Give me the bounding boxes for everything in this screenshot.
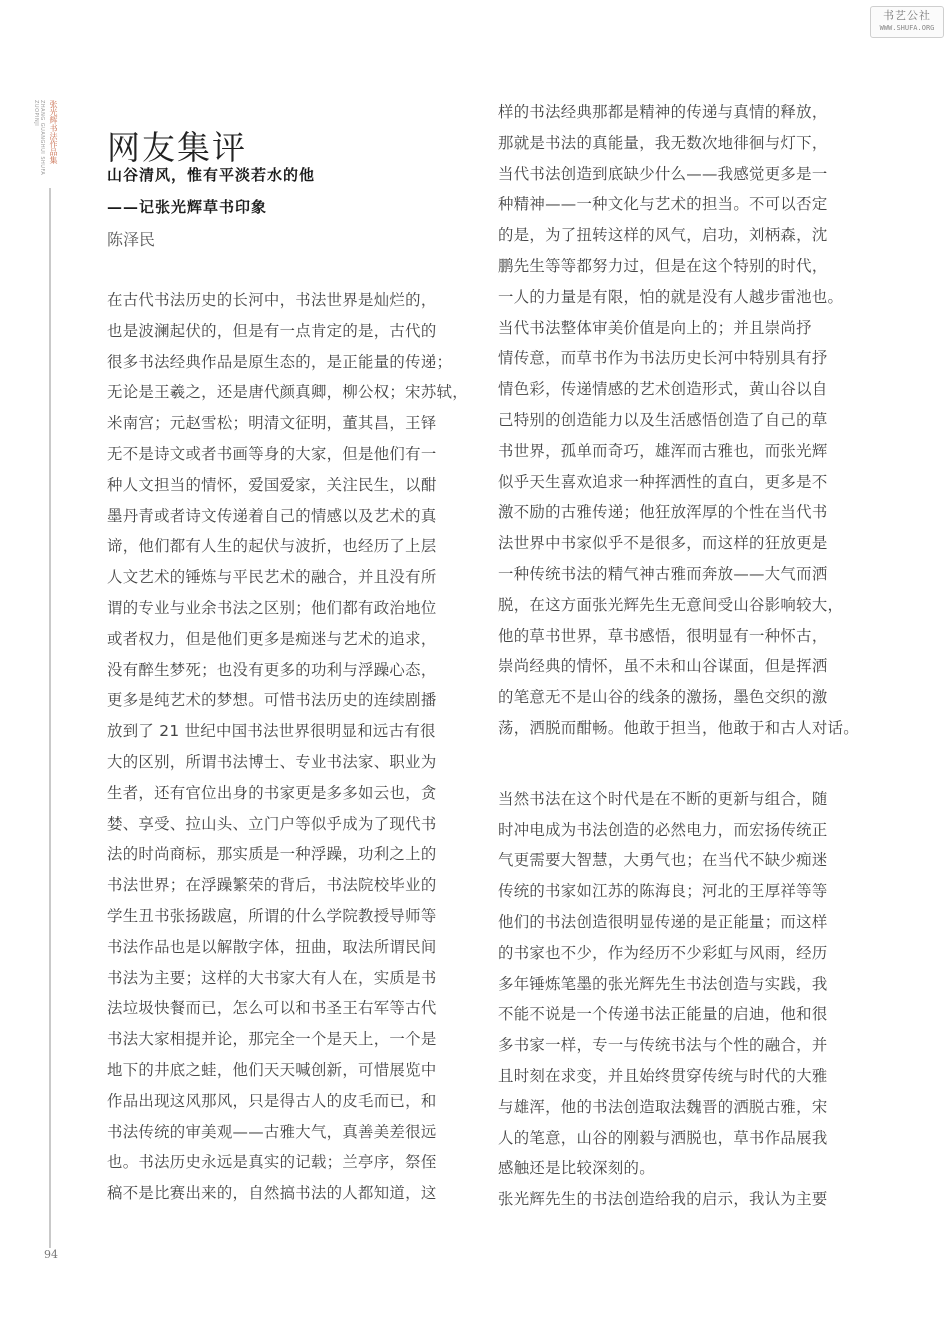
side-label-cn: 张光辉书法作品集 xyxy=(49,100,57,164)
text-line: 那就是书法的真能量，我无数次地徘徊与灯下， xyxy=(498,128,826,159)
text-line: 多书家一样，专一与传统书法与个性的融合，并 xyxy=(498,1030,826,1061)
text-line: 也是波澜起伏的，但是有一点肯定的是，古代的 xyxy=(107,316,435,347)
text-line: 一人的力量是有限，怕的就是没有人越步雷池也。 xyxy=(498,282,826,313)
text-line: 样的书法经典那都是精神的传递与真情的释放， xyxy=(498,97,826,128)
text-line: 更多是纯艺术的梦想。可惜书法历史的连续剧播 xyxy=(107,685,435,716)
text-line: 荡，洒脱而酣畅。他敢于担当，他敢于和古人对话。 xyxy=(498,713,826,744)
page-number: 94 xyxy=(44,1248,58,1261)
text-line: 书法传统的审美观——古雅大气，真善美差很远 xyxy=(107,1117,435,1148)
text-line: 己特别的创造能力以及生活感悟创造了自己的草 xyxy=(498,405,826,436)
text-line: 学生丑书张扬跋扈，所谓的什么学院教授导师等 xyxy=(107,901,435,932)
right-text-column: 样的书法经典那都是精神的传递与真情的释放，那就是书法的真能量，我无数次地徘徊与灯… xyxy=(498,97,826,1215)
text-line: 书法大家相提并论，那完全一个是天上，一个是 xyxy=(107,1024,435,1055)
side-label-en: ZHANG GUANGHUI SHUFA ZUOPINJI xyxy=(33,100,45,190)
text-line: 法世界中书家似乎不是很多，而这样的狂放更是 xyxy=(498,528,826,559)
text-line: 情色彩，传递情感的艺术创造形式，黄山谷以自 xyxy=(498,374,826,405)
text-line: 没有醉生梦死；也没有更多的功利与浮躁心态， xyxy=(107,655,435,686)
text-line: 一种传统书法的精气神古雅而奔放——大气而洒 xyxy=(498,559,826,590)
left-text-column: 在古代书法历史的长河中，书法世界是灿烂的，也是波澜起伏的，但是有一点肯定的是，古… xyxy=(107,285,435,1209)
text-line: 法垃圾快餐而已，怎么可以和书圣王右军等古代 xyxy=(107,993,435,1024)
text-line: 的笔意无不是山谷的线条的激扬，墨色交织的激 xyxy=(498,682,826,713)
text-line: 书法世界；在浮躁繁荣的背后，书法院校毕业的 xyxy=(107,870,435,901)
text-line: 种人文担当的情怀，爱国爱家，关注民生，以酣 xyxy=(107,470,435,501)
text-line: 墨丹青或者诗文传递着自己的情感以及艺术的真 xyxy=(107,501,435,532)
text-line: 似乎天生喜欢追求一种挥洒性的直白，更多是不 xyxy=(498,467,826,498)
right-paragraph-2: 当然书法在这个时代是在不断的更新与组合，随时冲电成为书法创造的必然电力，而宏扬传… xyxy=(498,784,826,1215)
text-line: 人文艺术的锤炼与平民艺术的融合，并且没有所 xyxy=(107,562,435,593)
text-line: 鹏先生等等都努力过，但是在这个特别的时代， xyxy=(498,251,826,282)
text-line: 谓的专业与业余书法之区别；他们都有政治地位 xyxy=(107,593,435,624)
text-line: 的书家也不少，作为经历不少彩虹与风雨，经历 xyxy=(498,938,826,969)
text-line: 张光辉先生的书法创造给我的启示，我认为主要 xyxy=(498,1184,826,1215)
text-line: 谛，他们都有人生的起伏与波折，也经历了上层 xyxy=(107,531,435,562)
text-line: 激不励的古雅传递；他狂放浑厚的个性在当代书 xyxy=(498,497,826,528)
article-subtitle-line1: 山谷清风，惟有平淡若水的他 xyxy=(107,164,315,185)
watermark-name: 书艺公社 xyxy=(871,8,943,23)
text-line: 他们的书法创造很明显传递的是正能量；而这样 xyxy=(498,907,826,938)
text-line: 大的区别，所谓书法博士、专业书法家、职业为 xyxy=(107,747,435,778)
text-line: 书法为主要；这样的大书家大有人在，实质是书 xyxy=(107,963,435,994)
text-line: 当然书法在这个时代是在不断的更新与组合，随 xyxy=(498,784,826,815)
text-line: 在古代书法历史的长河中，书法世界是灿烂的， xyxy=(107,285,435,316)
text-line: 作品出现这风那风，只是得古人的皮毛而已，和 xyxy=(107,1086,435,1117)
text-line: 也。书法历史永远是真实的记载；兰亭序，祭侄 xyxy=(107,1147,435,1178)
text-line: 人的笔意，山谷的刚毅与洒脱也，草书作品展我 xyxy=(498,1123,826,1154)
text-line: 或者权力，但是他们更多是痴迷与艺术的追求， xyxy=(107,624,435,655)
text-line: 稿不是比赛出来的，自然搞书法的人都知道，这 xyxy=(107,1178,435,1209)
text-line: 无论是王羲之，还是唐代颜真卿，柳公权；宋苏轼， xyxy=(107,377,435,408)
text-line: 不能不说是一个传递书法正能量的启迪，他和很 xyxy=(498,999,826,1030)
text-line: 法的时尚商标，那实质是一种浮躁，功利之上的 xyxy=(107,839,435,870)
text-line: 无不是诗文或者书画等身的大家，但是他们有一 xyxy=(107,439,435,470)
article-author: 陈泽民 xyxy=(107,227,155,250)
text-line: 气更需要大智慧，大勇气也；在当代不缺少痴迷 xyxy=(498,845,826,876)
text-line: 放到了 21 世纪中国书法世界很明显和远古有很 xyxy=(107,716,435,747)
text-line: 婪、享受、拉山头、立门户等似乎成为了现代书 xyxy=(107,809,435,840)
text-line: 且时刻在求变，并且始终贯穿传统与时代的大雅 xyxy=(498,1061,826,1092)
text-line: 种精神——一种文化与艺术的担当。不可以否定 xyxy=(498,189,826,220)
text-line: 书世界，孤单而奇巧，雄浑而古雅也，而张光辉 xyxy=(498,436,826,467)
paragraph-gap xyxy=(498,744,826,784)
text-line: 地下的井底之蛙，他们天天喊创新，可惜展览中 xyxy=(107,1055,435,1086)
text-line: 多年锤炼笔墨的张光辉先生书法创造与实践，我 xyxy=(498,969,826,1000)
text-line: 书法作品也是以解散字体，扭曲，取法所谓民间 xyxy=(107,932,435,963)
text-line: 崇尚经典的情怀，虽不未和山谷谋面，但是挥洒 xyxy=(498,651,826,682)
book-side-label: 张光辉书法作品集 ZHANG GUANGHUI SHUFA ZUOPINJI xyxy=(33,100,59,190)
section-title: 网友集评 xyxy=(107,122,247,169)
text-line: 当代书法创造到底缺少什么——我感觉更多是一 xyxy=(498,159,826,190)
text-line: 时冲电成为书法创造的必然电力，而宏扬传统正 xyxy=(498,815,826,846)
text-line: 米南宫；元赵雪松；明清文征明，董其昌，王铎 xyxy=(107,408,435,439)
text-line: 情传意，而草书作为书法历史长河中特别具有抒 xyxy=(498,343,826,374)
text-line: 传统的书家如江苏的陈海良；河北的王厚祥等等 xyxy=(498,876,826,907)
text-line: 很多书法经典作品是原生态的，是正能量的传递； xyxy=(107,347,435,378)
text-line: 的是，为了扭转这样的风气，启功，刘柄森，沈 xyxy=(498,220,826,251)
text-line: 脱，在这方面张光辉先生无意间受山谷影响较大， xyxy=(498,590,826,621)
site-watermark: 书艺公社 WWW.SHUFA.ORG xyxy=(870,6,944,38)
right-paragraph-1: 样的书法经典那都是精神的传递与真情的释放，那就是书法的真能量，我无数次地徘徊与灯… xyxy=(498,97,826,744)
text-line: 当代书法整体审美价值是向上的；并且崇尚抒 xyxy=(498,313,826,344)
text-line: 他的草书世界，草书感悟，很明显有一种怀古， xyxy=(498,621,826,652)
side-rule-divider xyxy=(49,188,51,1248)
text-line: 与雄浑，他的书法创造取法魏晋的洒脱古雅，宋 xyxy=(498,1092,826,1123)
article-subtitle-line2: ——记张光辉草书印象 xyxy=(107,196,267,217)
watermark-url: WWW.SHUFA.ORG xyxy=(871,23,943,33)
text-line: 感触还是比较深刻的。 xyxy=(498,1153,826,1184)
text-line: 生者，还有官位出身的书家更是多多如云也，贪 xyxy=(107,778,435,809)
